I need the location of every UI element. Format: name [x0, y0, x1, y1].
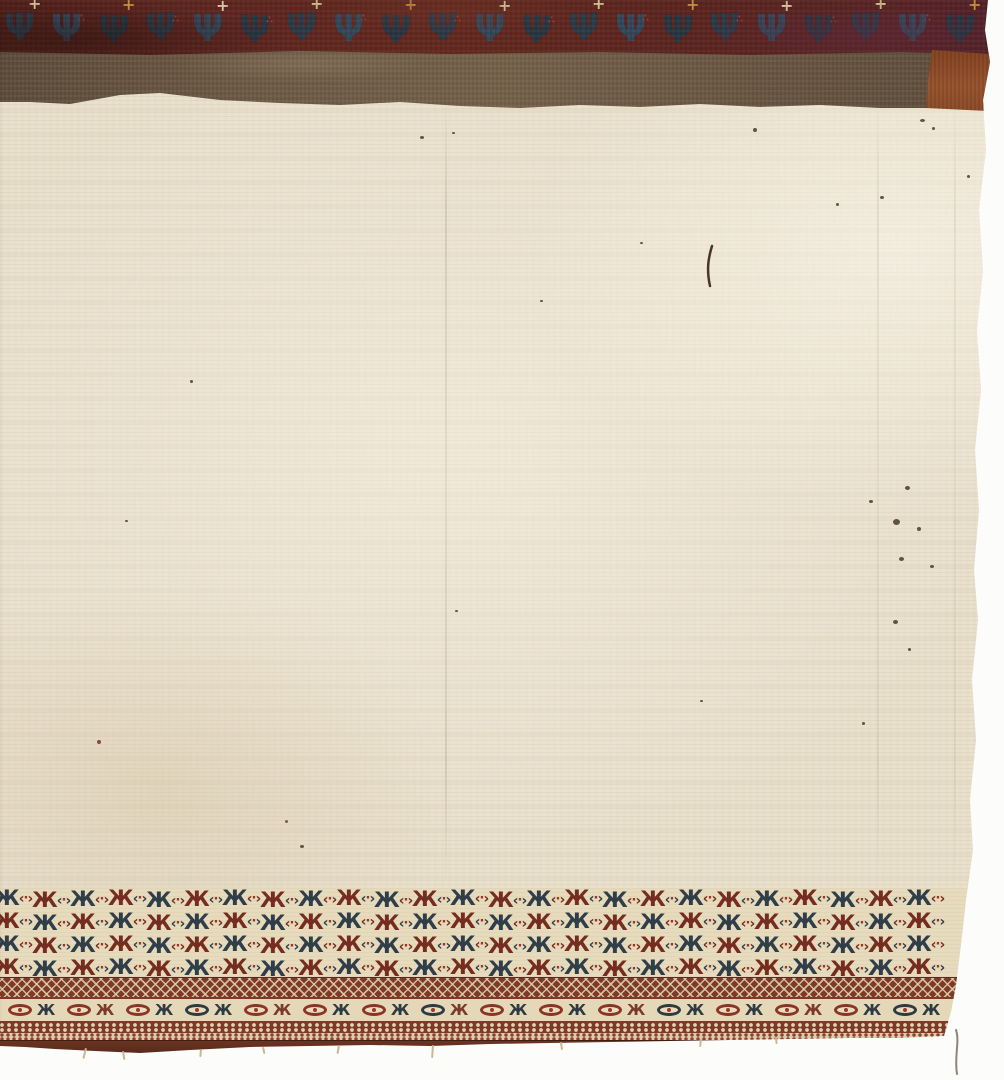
fabric-speck [869, 500, 873, 503]
fabric-speck [893, 519, 900, 525]
fabric-speck [967, 175, 970, 178]
fringe-thread [262, 1047, 265, 1054]
fabric-speck [836, 203, 839, 206]
fabric-speck [893, 620, 898, 624]
fabric-speck [540, 300, 543, 302]
fringe-thread [336, 1045, 340, 1054]
fabric-speck [125, 520, 128, 522]
fabric-speck [285, 820, 288, 823]
corner-thread-icon [956, 1030, 957, 1074]
fabric-speck [455, 610, 458, 612]
fabric-speck [880, 196, 884, 199]
fabric-speck [640, 242, 643, 244]
fabric-speck [932, 127, 935, 130]
fabric-speck [452, 132, 455, 134]
fabric-speck [862, 722, 865, 725]
fabric-speck [917, 527, 921, 531]
fabric-speck [908, 648, 911, 651]
fabric-speck [753, 128, 757, 132]
fringe-thread [431, 1045, 434, 1058]
fringe-thread [199, 1049, 202, 1057]
fabric-speck [930, 565, 934, 568]
fabric-speck [905, 486, 910, 490]
fabric-speck [700, 700, 703, 702]
fabric-speck [97, 740, 101, 744]
photo-backdrop: ΨΨΨΨΨΨΨΨΨΨΨΨΨΨΨΨΨΨΨΨΨ+++++++++++∴∴∴∴∴∴∴∴… [0, 0, 1004, 1080]
fabric-speck [190, 380, 193, 383]
fabric-speck [300, 845, 304, 848]
fabric-speck [899, 557, 904, 561]
fringe-thread [560, 1042, 563, 1050]
speck-layer [0, 0, 1004, 1080]
fabric-speck [920, 119, 925, 122]
textile-photo: ΨΨΨΨΨΨΨΨΨΨΨΨΨΨΨΨΨΨΨΨΨ+++++++++++∴∴∴∴∴∴∴∴… [0, 0, 1004, 1080]
fringe-thread [699, 1039, 702, 1047]
fabric-speck [420, 136, 424, 139]
